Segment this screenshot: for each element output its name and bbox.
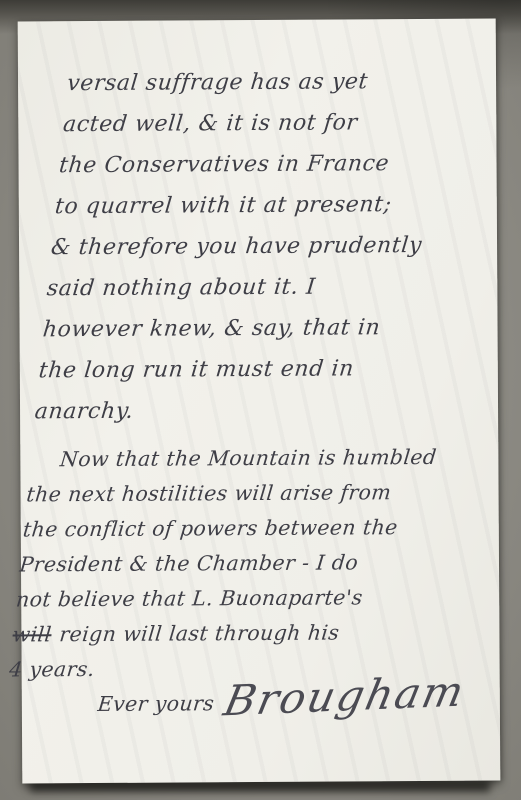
letter-line-text: reign will last through his: [58, 621, 340, 647]
letter-body: versal suffrage has as yet acted well, &…: [4, 68, 517, 727]
letter-line: not believe that L. Buonaparte's: [14, 585, 465, 623]
letter-line: said nothing about it. I: [44, 274, 496, 318]
letter-line: the conflict of powers between the: [21, 515, 472, 553]
letter-line: Now that the Mountain is humbled: [28, 445, 479, 483]
photographed-letter-page: versal suffrage has as yet acted well, &…: [0, 0, 521, 800]
letter-line: the Conservatives in France: [56, 150, 508, 194]
letter-line: & therefore you have prudently: [48, 233, 500, 277]
letter-line: willreign will last through his: [10, 620, 461, 658]
letter-line: however knew, & say, that in: [40, 315, 492, 359]
signature: Brougham: [220, 667, 470, 726]
letter-line: anarchy.: [32, 397, 484, 441]
letter-line: the next hostilities will arise from: [24, 480, 475, 518]
letter-paper: versal suffrage has as yet acted well, &…: [18, 19, 501, 784]
struck-word: will: [12, 622, 53, 646]
letter-line: the long run it must end in: [36, 356, 488, 400]
letter-paragraph-1: versal suffrage has as yet acted well, &…: [32, 68, 517, 440]
letter-line: President & the Chamber - I do: [17, 550, 468, 588]
letter-line: acted well, & it is not for: [60, 109, 512, 153]
letter-line: to quarrel with it at present;: [52, 191, 504, 235]
letter-line: versal suffrage has as yet: [64, 68, 516, 112]
